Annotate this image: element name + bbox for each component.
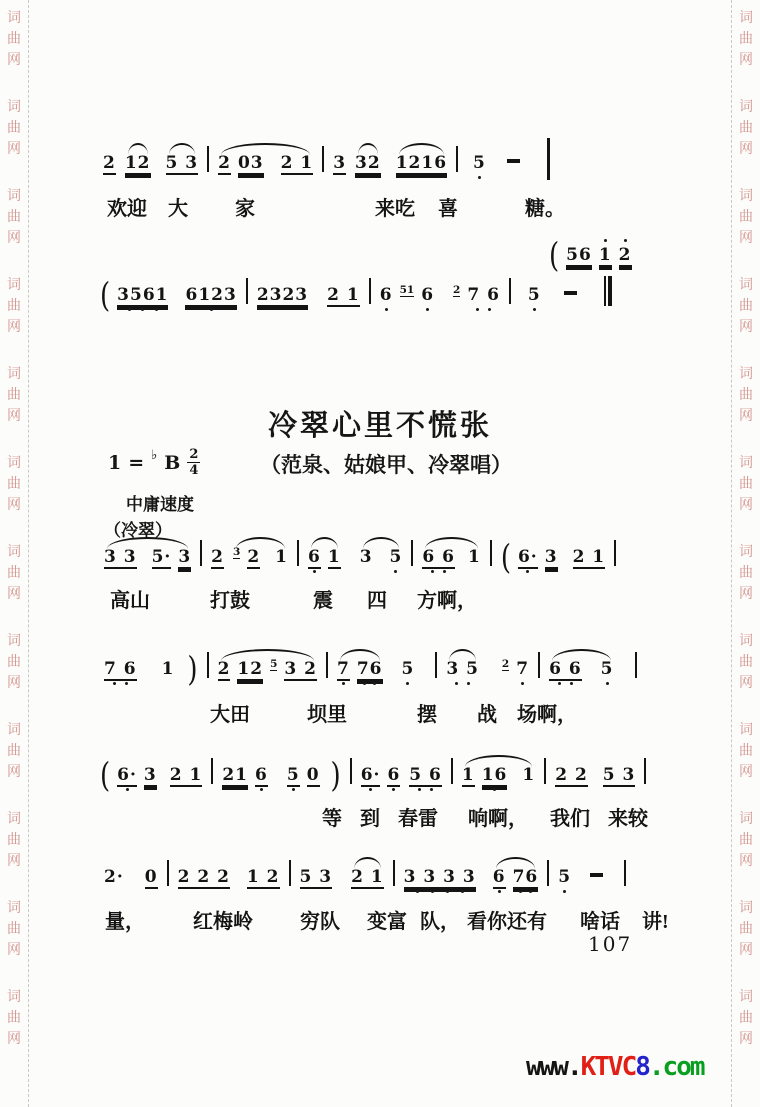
note-group: 32 <box>355 144 381 182</box>
tempo-marking: 中庸速度 <box>126 490 194 515</box>
edge-watermark-char: 网 <box>7 228 21 249</box>
note: 2 2 2 <box>178 858 230 896</box>
octave-dots-below <box>237 679 263 688</box>
octave-dot <box>418 788 421 791</box>
octave-dots-below <box>117 305 168 314</box>
prev-song-vocal-line: 2125 32032 133212165欢迎大家来吃喜糖。 <box>103 138 550 218</box>
edge-watermark-char: 词 <box>739 364 753 385</box>
song-line-1: 3 35·3232161356 61(6·32 1高山打鼓震四方啊， <box>104 538 616 610</box>
note: 5 <box>558 858 571 896</box>
note-group: 27 <box>502 650 529 688</box>
grace-note: 51 <box>400 275 415 305</box>
edge-watermark-char: 曲 <box>739 919 753 940</box>
octave-dots-below <box>409 785 442 794</box>
note-group: 2323 <box>257 276 308 314</box>
note-number: 6 6 <box>422 547 455 567</box>
barline <box>547 860 549 886</box>
note-number: 2 1 <box>573 547 606 567</box>
note: 1 <box>599 236 612 274</box>
edge-watermark-char: 词 <box>7 186 21 207</box>
octave-dots-below <box>104 679 137 688</box>
octave-dots-above <box>170 756 203 765</box>
note-number: 6 <box>421 285 434 305</box>
note: 7 <box>516 650 529 688</box>
watermark-com: .com <box>649 1052 704 1082</box>
octave-dots-below <box>104 887 124 896</box>
note-group: 3 35·3 <box>104 538 191 576</box>
octave-dots-below <box>170 785 203 794</box>
edge-watermark-char: 网 <box>7 851 21 872</box>
edge-watermark-char: 曲 <box>739 385 753 406</box>
edge-watermark-char: 网 <box>739 50 753 71</box>
song-line-4: 2·02 2 21 25 32 13 3 3 36765量，红梅岭穷队变富队，看… <box>104 858 626 931</box>
notation-row: (6·32 121650)6·65 611612 25 3 <box>100 756 646 794</box>
note-number: 5 3 <box>603 765 636 785</box>
octave-dots-below <box>380 305 393 314</box>
octave-dot <box>155 308 158 311</box>
octave-dots-below <box>300 887 333 896</box>
grace-note: 5 <box>270 649 277 679</box>
octave-dots-below <box>502 670 509 679</box>
barline <box>624 860 626 886</box>
octave-dot <box>570 682 573 685</box>
note-group: 6 65 <box>549 650 613 688</box>
octave-dot <box>342 682 345 685</box>
note-group: 3 <box>333 144 346 182</box>
edge-watermark-char: 网 <box>739 317 753 338</box>
song-line-2: 7 61)21253 277653 5276 65大田坝里摆战场啊， <box>104 650 637 724</box>
note-number: 3 3 3 3 <box>404 867 476 887</box>
octave-dots-above <box>409 756 442 765</box>
note-group: 61 <box>308 538 341 576</box>
note-number: 1 <box>162 659 175 679</box>
octave-dots-above <box>178 858 230 867</box>
note-group: 3 3 3 3 <box>404 858 476 896</box>
lyric-word: 春雷 <box>398 802 438 831</box>
note-number: 76 <box>513 867 539 887</box>
note-group: 2032 1 <box>218 144 313 182</box>
note: 3 <box>333 144 346 182</box>
barline <box>246 278 248 304</box>
note-group: 2 25 3 <box>555 756 635 794</box>
note: 6· <box>117 756 137 794</box>
lyric-word: 到 <box>360 802 380 831</box>
edge-watermark-char: 曲 <box>7 563 21 584</box>
octave-dots-below <box>218 173 231 182</box>
octave-dot <box>126 788 129 791</box>
edge-watermark-char: 网 <box>7 673 21 694</box>
lyric-word: 队， <box>420 905 460 934</box>
singer-role-label: （冷翠） <box>104 516 172 541</box>
note: 6 <box>387 756 400 794</box>
octave-dots-above <box>545 538 558 547</box>
octave-dots-above <box>247 858 280 867</box>
octave-dots-below <box>555 785 588 794</box>
lyric-word: 高山 <box>110 584 150 613</box>
parenthesis: ( <box>100 279 110 313</box>
note-number: 3 <box>144 765 157 785</box>
note-number: 6123 <box>185 285 236 305</box>
edge-watermark-char: 网 <box>7 139 21 160</box>
octave-dots-below <box>257 305 308 314</box>
barline <box>456 146 458 172</box>
octave-dots-above <box>404 858 476 867</box>
note: 5 <box>473 144 486 182</box>
note: 5 <box>287 756 300 794</box>
parenthesis: ( <box>100 759 110 793</box>
octave-dots-above <box>333 144 346 153</box>
octave-dot <box>385 308 388 311</box>
octave-dot <box>313 570 316 573</box>
edge-watermark-char: 曲 <box>7 296 21 317</box>
note-number: 6· <box>361 765 381 785</box>
octave-dot <box>292 788 295 791</box>
note: 6· <box>361 756 381 794</box>
note-number: 16 <box>482 765 508 785</box>
scanned-sheet-music-page: { "edges": { "chars": ["词", "曲", "网"], "… <box>0 0 760 1107</box>
edge-watermark-char: 网 <box>739 851 753 872</box>
note-number: 3 <box>333 153 346 173</box>
edge-watermark-char: 词 <box>7 631 21 652</box>
edge-watermark-char: 网 <box>739 762 753 783</box>
octave-dots-below <box>402 679 415 688</box>
octave-dots-below <box>327 305 360 314</box>
note-number: 21 <box>222 765 248 785</box>
octave-dots-above <box>117 276 168 285</box>
octave-dots-below <box>446 679 479 688</box>
note-group: 2· <box>104 858 124 896</box>
note-number: 2 1 <box>351 867 384 887</box>
note-number: 6 <box>380 285 393 305</box>
edge-watermark-char: 词 <box>739 275 753 296</box>
octave-dots-below <box>284 679 317 688</box>
edge-watermark-char: 网 <box>7 1029 21 1050</box>
notation-row: 2125 32032 133212165 <box>103 138 550 182</box>
octave-dots-above <box>453 275 460 284</box>
lyric-word: 大田 <box>210 698 250 727</box>
edge-watermark-char: 曲 <box>739 563 753 584</box>
edge-watermark-char: 词 <box>739 631 753 652</box>
octave-dot <box>493 788 496 791</box>
octave-dot <box>369 788 372 791</box>
note-number: 7 6 <box>104 659 137 679</box>
octave-dots-below <box>566 265 592 274</box>
note: 1 <box>162 650 175 688</box>
edge-watermark-char: 曲 <box>739 207 753 228</box>
note-number: 0 <box>307 765 320 785</box>
grace-note: 2 <box>453 275 460 305</box>
octave-dots-above <box>387 756 400 765</box>
octave-dots-above <box>257 276 308 285</box>
note-group: 1216 <box>396 144 447 182</box>
note: 5 <box>402 650 415 688</box>
octave-dots-below <box>125 173 151 182</box>
lyric-word: 坝里 <box>307 698 347 727</box>
note-number: 7 <box>337 659 350 679</box>
octave-dot <box>476 308 479 311</box>
edge-watermark-char: 网 <box>739 940 753 961</box>
octave-dot <box>416 890 419 893</box>
note-number: 1216 <box>396 153 447 173</box>
note-number: 6 <box>255 765 268 785</box>
note-group: 5 <box>558 858 571 896</box>
note: 56 <box>566 236 592 274</box>
note-number: 32 <box>355 153 381 173</box>
barline <box>451 758 453 784</box>
octave-dots-below <box>390 567 403 576</box>
octave-dots-above <box>222 756 248 765</box>
edge-watermark-char: 曲 <box>739 118 753 139</box>
time-signature: 2 4 <box>187 448 200 477</box>
octave-dots-below <box>467 305 500 314</box>
lyric-word: 糖。 <box>525 192 565 221</box>
octave-dots-above <box>599 236 612 245</box>
octave-dots-below <box>421 305 434 314</box>
note-number: 2 1 <box>281 153 314 173</box>
lyrics-row: 高山打鼓震四方啊， <box>104 584 616 610</box>
key-signature: 1 = ♭ B 2 4 <box>108 448 200 477</box>
octave-dots-below <box>518 567 538 576</box>
octave-dots-below <box>396 173 447 182</box>
note-number: 1 2 <box>247 867 280 887</box>
barline <box>211 758 213 784</box>
octave-dots-below <box>337 679 350 688</box>
octave-dots-below <box>468 567 481 576</box>
edge-watermark-char: 曲 <box>7 118 21 139</box>
note: 1 2 <box>247 858 280 896</box>
octave-dots-below <box>360 567 373 576</box>
note-number: 2 <box>502 658 509 670</box>
octave-dots-below <box>404 887 476 896</box>
edge-watermark-char: 词 <box>7 809 21 830</box>
edge-watermark-char: 网 <box>739 406 753 427</box>
note-number: 5 3 <box>300 867 333 887</box>
octave-dot <box>125 682 128 685</box>
octave-dots-below <box>601 679 614 688</box>
edge-watermark-char: 曲 <box>7 652 21 673</box>
note-number: 2 2 2 <box>178 867 230 887</box>
note-group: 5 <box>402 650 415 688</box>
barline <box>297 540 299 566</box>
grace-note: 3 <box>233 537 240 567</box>
edge-watermark-char: 网 <box>739 1029 753 1050</box>
note-number: 3 3 <box>104 547 137 567</box>
octave-dot <box>210 308 213 311</box>
octave-dots-above <box>145 858 158 867</box>
octave-dots-below <box>599 265 612 274</box>
prev-song-pickup: (5612 <box>549 236 632 274</box>
octave-dots-below <box>558 887 571 896</box>
octave-dots-below <box>361 785 381 794</box>
octave-dot <box>260 788 263 791</box>
octave-dots-below <box>222 785 248 794</box>
barline <box>635 652 637 678</box>
note: 2 1 <box>327 276 360 314</box>
edge-watermark-char: 网 <box>739 673 753 694</box>
octave-dots-below <box>144 785 157 794</box>
edge-watermark-char: 网 <box>7 317 21 338</box>
lyrics-row: 大田坝里摆战场啊， <box>104 698 637 724</box>
octave-dots-below <box>238 173 264 182</box>
edge-watermark-char: 网 <box>7 495 21 516</box>
octave-dots-below <box>185 305 236 314</box>
note-number: 0 <box>145 867 158 887</box>
octave-dot <box>606 682 609 685</box>
note-group: (6·32 1 <box>100 756 202 794</box>
note: 3 <box>545 538 558 576</box>
lyric-word: 变富 <box>367 905 407 934</box>
edge-watermark-char: 曲 <box>739 474 753 495</box>
octave-dots-above <box>566 236 592 245</box>
octave-dots-above <box>307 756 320 765</box>
note-number: 5 <box>473 153 486 173</box>
continuation-dash <box>507 159 520 163</box>
barline <box>490 540 492 566</box>
note-group: 6 61 <box>422 538 480 576</box>
octave-dots-below <box>619 265 632 274</box>
note-group: 216 <box>222 756 268 794</box>
octave-dots-below <box>145 887 158 896</box>
octave-dots-below <box>453 296 460 305</box>
barline <box>326 652 328 678</box>
time-signature-numerator: 2 <box>187 448 200 463</box>
note-number: 5 3 <box>166 153 199 173</box>
barline <box>604 276 612 306</box>
barline <box>614 540 616 566</box>
edge-watermark-char: 词 <box>7 8 21 29</box>
note-number: 2 <box>218 153 231 173</box>
note-number: 1 <box>328 547 341 567</box>
note-group: 0 <box>145 858 158 896</box>
octave-dots-above <box>233 537 240 546</box>
continuation-dash <box>564 291 577 295</box>
lyric-word: 红梅岭 <box>193 905 253 934</box>
octave-dot <box>467 682 470 685</box>
edge-watermark-char: 曲 <box>7 919 21 940</box>
edge-watermark-char: 词 <box>739 720 753 741</box>
lyric-word: 场啊， <box>517 698 577 727</box>
barline <box>200 540 202 566</box>
octave-dots-below <box>493 887 506 896</box>
note-number: 2 2 <box>555 765 588 785</box>
edge-watermark-char: 曲 <box>739 296 753 317</box>
barline <box>369 278 371 304</box>
edge-watermark-char: 网 <box>7 50 21 71</box>
octave-dot <box>406 682 409 685</box>
edge-watermark-char: 曲 <box>739 29 753 50</box>
octave-dots-below <box>117 785 137 794</box>
lyrics-row: 量，红梅岭穷队变富队，看你还有啥话讲! <box>104 905 626 931</box>
note-number: 1 <box>468 547 481 567</box>
edge-watermark-char: 曲 <box>739 1008 753 1029</box>
note-number: 03 <box>238 153 264 173</box>
note-group: 6123 <box>185 276 236 314</box>
octave-dots-above <box>516 650 529 659</box>
barline <box>544 758 546 784</box>
octave-dots-above <box>502 649 509 658</box>
note: 6· <box>518 538 538 576</box>
lyric-word: 四 <box>367 584 387 613</box>
note-number: 5 6 <box>409 765 442 785</box>
note-number: 3 <box>178 547 191 567</box>
edge-watermark-char: 网 <box>739 139 753 160</box>
barline <box>289 860 291 886</box>
note-group: 676 <box>493 858 539 896</box>
lyric-word: 大 <box>168 192 188 221</box>
page-number: 107 <box>588 932 632 956</box>
note: 2 1 <box>170 756 203 794</box>
octave-dots-below <box>528 305 541 314</box>
note-number: 6 6 <box>549 659 582 679</box>
note-number: 7 <box>516 659 529 679</box>
lyric-word: 喜 <box>438 192 458 221</box>
octave-dots-above <box>104 858 124 867</box>
barline <box>644 758 646 784</box>
edge-watermark-char: 词 <box>739 542 753 563</box>
key-prefix: 1 <box>108 452 121 474</box>
edge-watermark-char: 词 <box>739 987 753 1008</box>
barline <box>547 138 550 180</box>
note-number: 6 <box>387 765 400 785</box>
note-group: (6·32 1 <box>501 538 605 576</box>
tonic-note: B <box>164 452 180 474</box>
watermark-eight: 8 <box>635 1052 649 1082</box>
note-number: 2323 <box>257 285 308 305</box>
octave-dots-above <box>103 144 116 153</box>
edge-watermark-char: 网 <box>7 584 21 605</box>
note-group: 776 <box>337 650 383 688</box>
note-number: 2 <box>619 245 632 265</box>
barline <box>509 278 511 304</box>
note-number: 76 <box>357 659 383 679</box>
octave-dots-above <box>117 756 137 765</box>
octave-dots-above <box>270 649 277 658</box>
octave-dots-above <box>528 276 541 285</box>
octave-dot <box>363 682 366 685</box>
time-signature-denominator: 4 <box>189 463 198 477</box>
note-number: 2 <box>453 284 460 296</box>
octave-dots-below <box>473 173 486 182</box>
edge-watermark-char: 曲 <box>7 1008 21 1029</box>
note: 5 3 <box>603 756 636 794</box>
octave-dots-below <box>104 567 137 576</box>
note: 2 <box>211 538 224 576</box>
note-group: 2 1 <box>351 858 384 896</box>
note-group: 3 5 <box>446 650 479 688</box>
octave-dot <box>478 176 481 179</box>
note: 2 <box>103 144 116 182</box>
note-group: 6·6 <box>361 756 401 794</box>
note: 2· <box>104 858 124 896</box>
edge-watermark-char: 曲 <box>7 741 21 762</box>
lyric-word: 我们 <box>550 802 590 831</box>
octave-dots-below <box>516 679 529 688</box>
octave-dots-above <box>185 276 236 285</box>
lyric-word: 等 <box>322 802 342 831</box>
parenthesis: ( <box>501 541 511 575</box>
edge-watermark-char: 曲 <box>739 830 753 851</box>
edge-watermark-char: 词 <box>739 809 753 830</box>
note-number: 2 <box>218 659 231 679</box>
edge-watermark-char: 词 <box>739 453 753 474</box>
note-number: 2 1 <box>327 285 360 305</box>
edge-watermark-char: 词 <box>7 542 21 563</box>
octave-dots-below <box>603 785 636 794</box>
note: 3561 <box>117 276 168 314</box>
octave-dots-above <box>361 756 381 765</box>
note-number: 3 5 <box>446 659 479 679</box>
octave-dots-below <box>357 679 383 688</box>
